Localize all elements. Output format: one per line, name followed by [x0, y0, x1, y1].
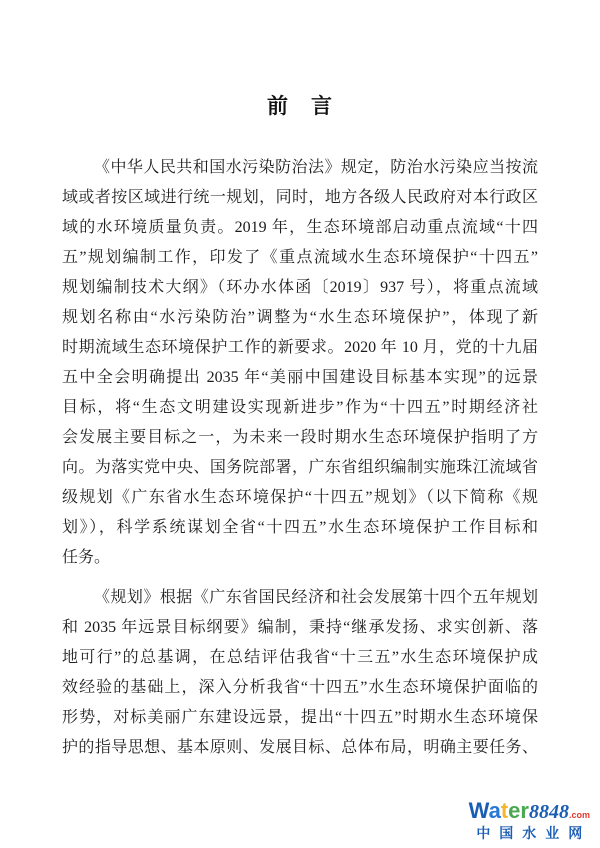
- text-line: 目标，将“生态文明建设实现新进步”作为“十四五”时期经济社: [62, 393, 538, 423]
- document-body: 《中华人民共和国水污染防治法》规定，防治水污染应当按流域或者按区域进行统一规划，…: [62, 153, 538, 763]
- text-line: 效经验的基础上，深入分析我省“十四五”水生态环境保护面临的: [62, 673, 538, 703]
- text-line: 规划名称由“水污染防治”调整为“水生态环境保护”，体现了新: [62, 303, 538, 333]
- watermark-cn-name: 中国水业网: [469, 826, 599, 840]
- page-content: 前 言 《中华人民共和国水污染防治法》规定，防治水污染应当按流域或者按区域进行统…: [0, 0, 600, 763]
- text-line: 和 2035 年远景目标纲要》编制，秉持“继承发扬、求实创新、落: [62, 613, 538, 643]
- text-line: 划》），科学系统谋划全省“十四五”水生态环境保护工作目标和: [62, 513, 538, 543]
- text-line: 规划编制技术大纲》（环办水体函〔2019〕937 号），将重点流域: [62, 273, 538, 303]
- text-line: 《中华人民共和国水污染防治法》规定，防治水污染应当按流: [62, 153, 538, 183]
- text-line: 五中全会明确提出 2035 年“美丽中国建设目标基本实现”的远景: [62, 363, 538, 393]
- text-line: 《规划》根据《广东省国民经济和社会发展第十四个五年规划: [62, 583, 538, 613]
- brand-letter: e: [508, 798, 520, 823]
- text-line: 会发展主要目标之一，为未来一段时期水生态环境保护指明了方: [62, 423, 538, 453]
- text-line: 域的水环境质量负责。2019 年，生态环境部启动重点流域“十四: [62, 213, 538, 243]
- water8848-logo: Water8848.com: [469, 800, 590, 822]
- brand-word-water: Water: [469, 805, 529, 822]
- text-line: 域或者按区域进行统一规划，同时，地方各级人民政府对本行政区: [62, 183, 538, 213]
- text-line: 地可行”的总基调，在总结评估我省“十三五”水生态环境保护成: [62, 643, 538, 673]
- text-line: 护的指导思想、基本原则、发展目标、总体布局，明确主要任务、: [62, 733, 538, 763]
- text-line: 五”规划编制工作，印发了《重点流域水生态环境保护“十四五”: [62, 243, 538, 273]
- text-line: 任务。: [62, 543, 538, 573]
- brand-letter: a: [489, 798, 501, 823]
- water8848-watermark: Water8848.com 中国水业网: [469, 800, 590, 840]
- brand-letter: r: [520, 798, 529, 823]
- text-line: 向。为落实党中央、国务院部署，广东省组织编制实施珠江流域省: [62, 453, 538, 483]
- text-line: 级规划《广东省水生态环境保护“十四五”规划》（以下简称《规: [62, 483, 538, 513]
- text-line: 时期流域生态环境保护工作的新要求。2020 年 10 月，党的十九届: [62, 333, 538, 363]
- document-page: 前 言 《中华人民共和国水污染防治法》规定，防治水污染应当按流域或者按区域进行统…: [0, 0, 600, 848]
- paragraph: 《规划》根据《广东省国民经济和社会发展第十四个五年规划和 2035 年远景目标纲…: [62, 583, 538, 763]
- brand-tld-com: .com: [569, 810, 590, 820]
- brand-letter: W: [469, 798, 489, 823]
- text-line: 形势，对标美丽广东建设远景，提出“十四五”时期水生态环境保: [62, 703, 538, 733]
- page-title: 前 言: [62, 0, 538, 117]
- paragraph: 《中华人民共和国水污染防治法》规定，防治水污染应当按流域或者按区域进行统一规划，…: [62, 153, 538, 573]
- brand-number-8848: 8848: [529, 801, 569, 823]
